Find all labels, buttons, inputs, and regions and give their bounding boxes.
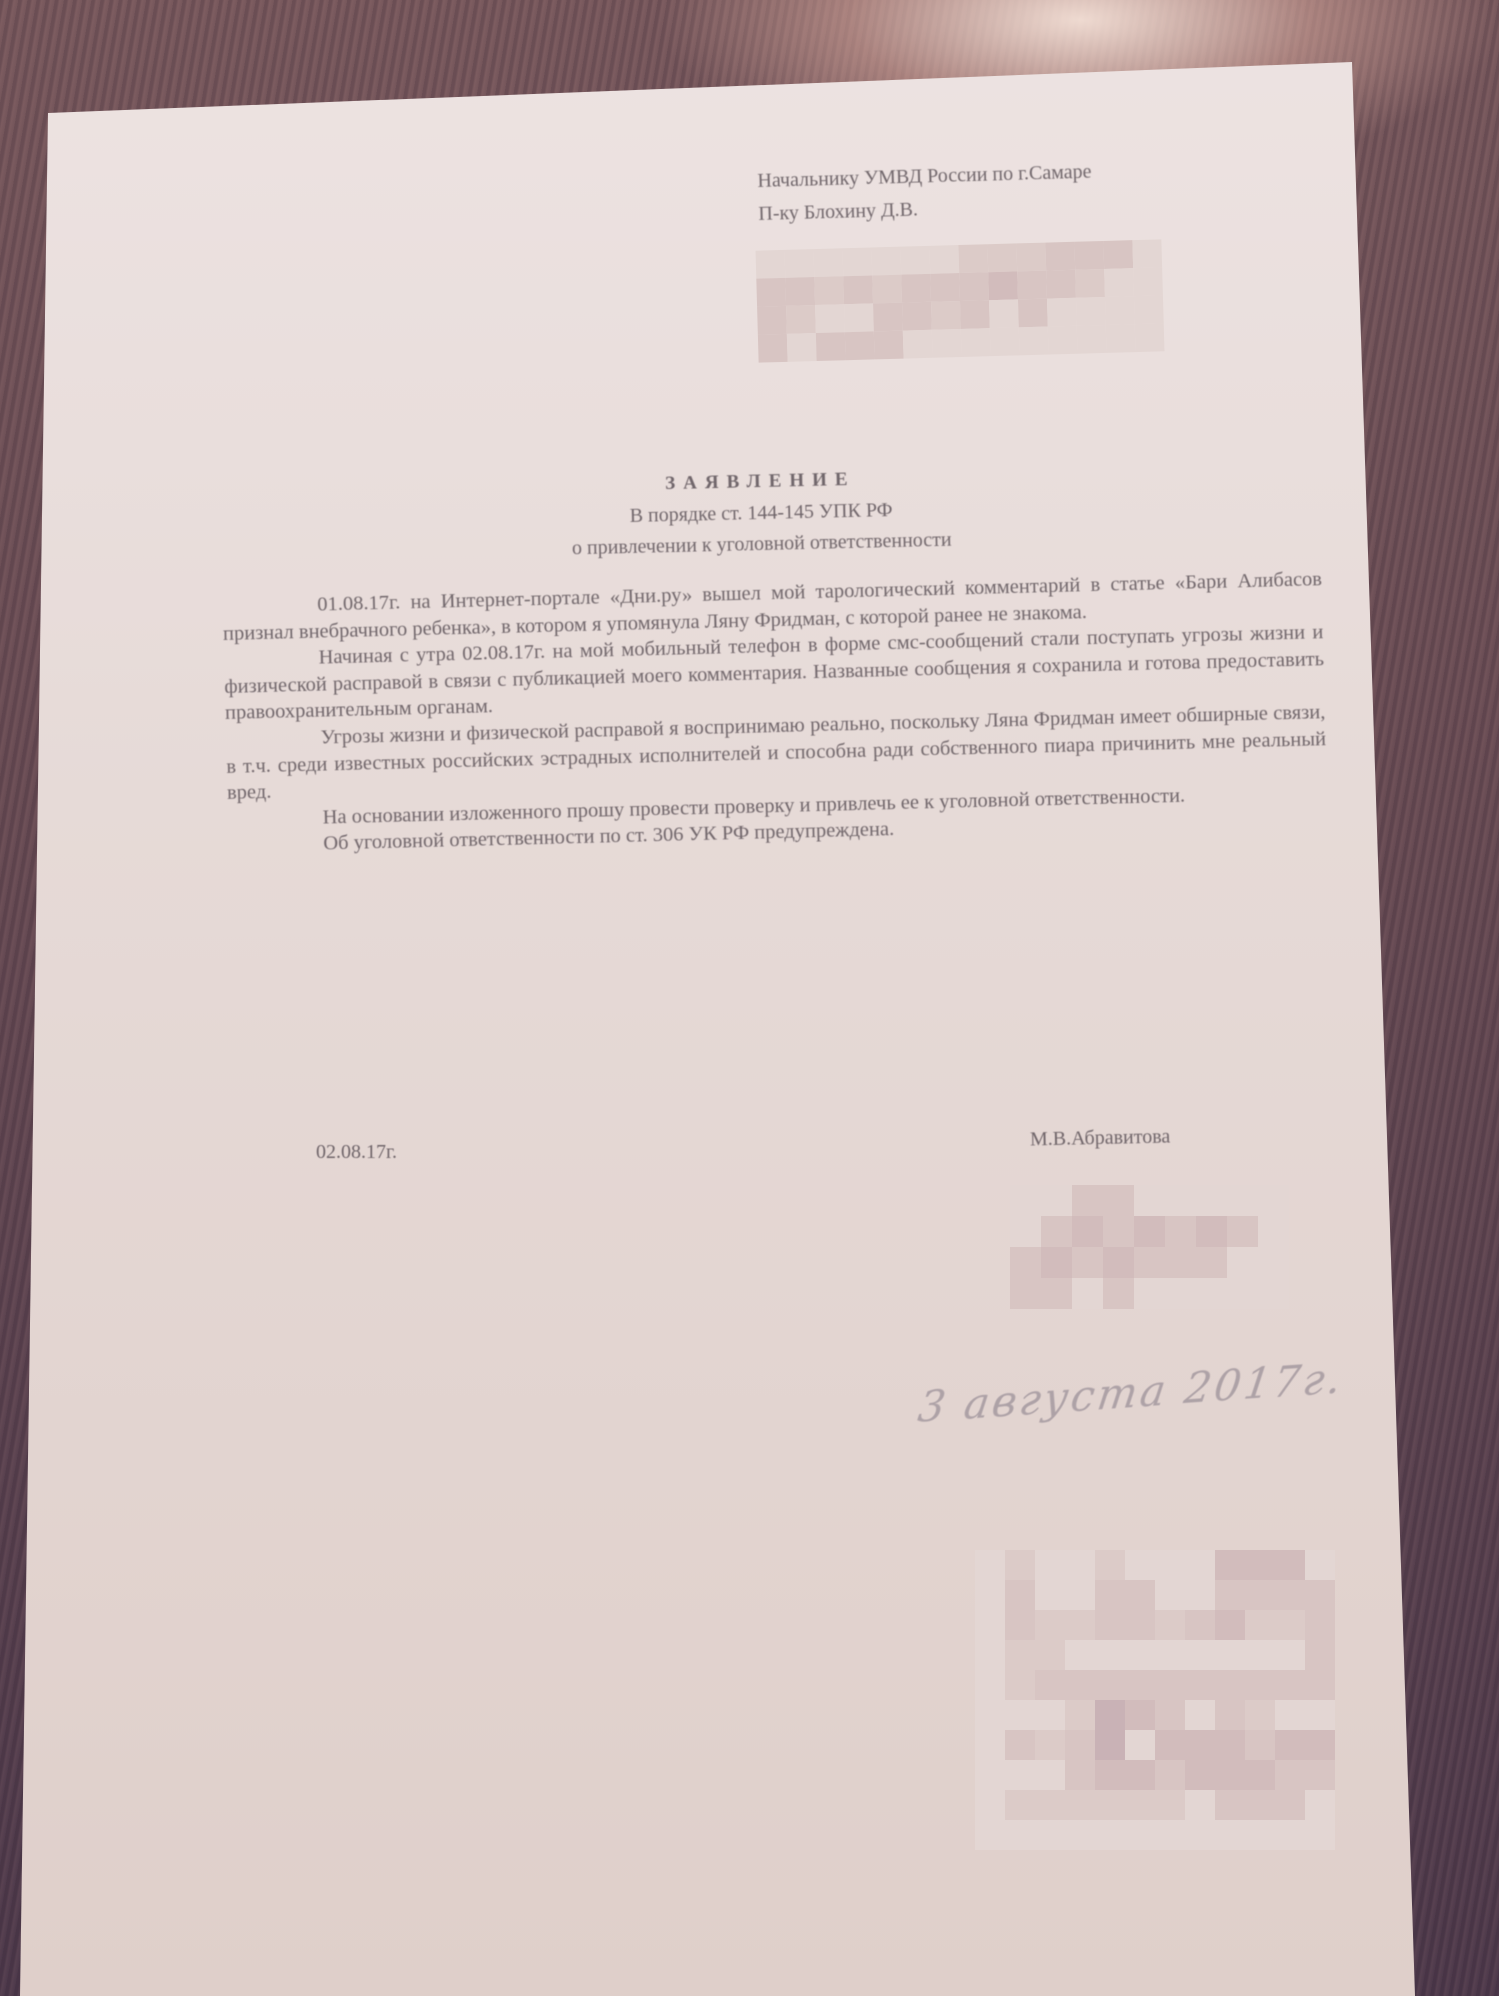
redacted-signature [1010,1185,1289,1309]
redacted-stamp [975,1550,1335,1850]
statement-body: 01.08.17г. на Интернет-портале «Дни.ру» … [222,566,1328,860]
addressee-block: Начальнику УМВД России по г.Самаре П-ку … [757,156,1093,231]
statement-heading: ЗАЯВЛЕНИЕ В порядке ст. 144-145 УПК РФ о… [470,459,1052,566]
redacted-applicant-details [756,239,1165,362]
signature-name: М.В.Абравитова [1030,1126,1171,1152]
statement-date: 02.08.17г. [316,1141,397,1164]
